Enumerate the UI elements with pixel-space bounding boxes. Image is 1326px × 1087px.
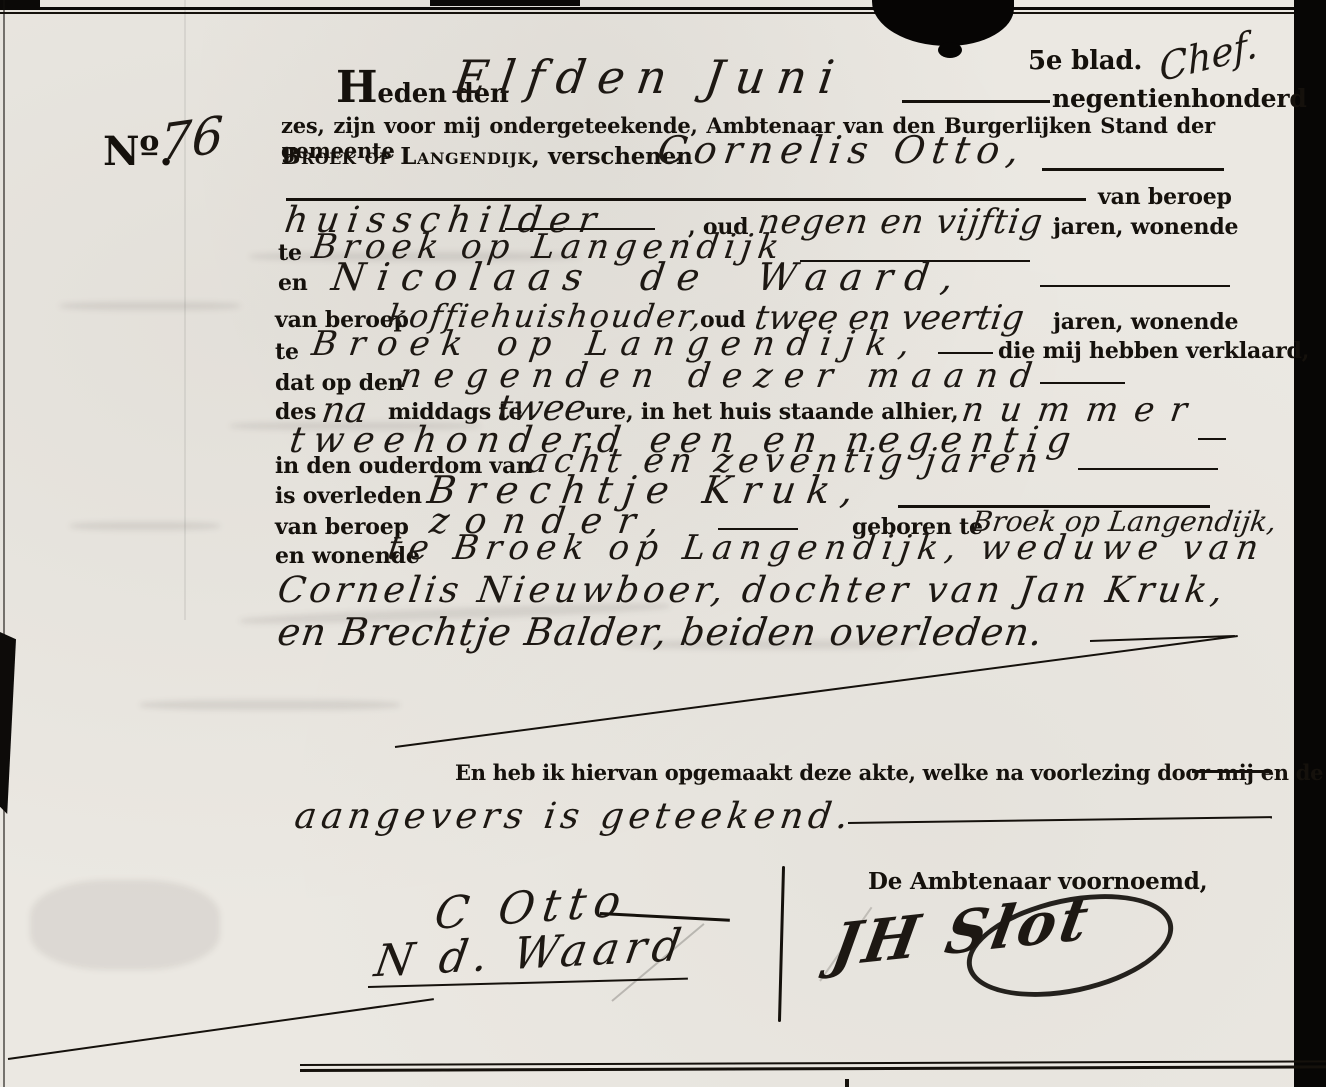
- signature-flourish-swoosh: [8, 998, 434, 1060]
- fill-rule: [1192, 770, 1272, 773]
- bleed-through-smudge: [30, 880, 220, 970]
- municipality-name: Broek op Langendijk,: [281, 143, 540, 170]
- ink-blot: [872, 0, 1014, 46]
- scan-edge-top-corner: [0, 0, 40, 7]
- page-number-label: 5e blad.: [1028, 46, 1142, 76]
- fill-rule: [938, 352, 993, 354]
- scan-edge-right-band: [1294, 0, 1326, 1087]
- printed-municipality-verschenen: Broek op Langendijk, verschenen: [281, 143, 693, 170]
- printed-jaren-wonende-1: jaren, wonende: [1053, 214, 1238, 240]
- scan-edge-top-rule: [0, 7, 1326, 10]
- scan-edge-left-line: [3, 0, 5, 1087]
- scanned-death-certificate: 5e blad. Chef. Nº. 76 Heden den Elfden J…: [0, 0, 1326, 1087]
- printed-te-1: te: [278, 240, 302, 266]
- handwritten-declarant1-name: Cornelis Otto,: [655, 128, 1029, 172]
- handwritten-spouse-father: Cornelis Nieuwboer, dochter van Jan Kruk…: [275, 570, 1229, 611]
- bottom-ink-tick: [845, 1079, 849, 1087]
- fill-rule: [902, 100, 1050, 103]
- printed-jaren-wonende-2: jaren, wonende: [1053, 309, 1238, 335]
- handwritten-death-day: negenden dezer maand: [397, 356, 1046, 396]
- scan-edge-top-rule2: [0, 12, 1300, 14]
- fill-rule: [848, 816, 1272, 824]
- fill-rule: [1198, 438, 1226, 440]
- handwritten-act-date: Elfden Juni: [451, 50, 849, 104]
- bleed-through-smudge: [70, 522, 220, 530]
- fill-rule: [1040, 382, 1125, 384]
- fill-rule: [1040, 285, 1230, 287]
- act-number-value: 76: [159, 105, 224, 173]
- printed-negentienhonderd: negentienhonderd: [1052, 84, 1307, 113]
- bottom-double-rule-2: [300, 1065, 1326, 1072]
- margin-annotation: Chef.: [1158, 22, 1259, 91]
- printed-en: en: [278, 270, 308, 296]
- fill-rule: [1078, 468, 1218, 470]
- handwritten-declarant2-name: Nicolaas de Waard,: [329, 255, 968, 299]
- signature-declarant2: N d. Waard: [371, 920, 690, 988]
- handwritten-declarant1-age: negen en vijftig: [755, 202, 1046, 242]
- printed-van-beroep-1: van beroep: [1098, 184, 1232, 210]
- scan-edge-top-sliver: [430, 0, 580, 6]
- handwritten-mother: en Brechtje Balder, beiden overleden.: [275, 610, 1046, 654]
- signature-divider-stroke: [778, 866, 785, 1022]
- printed-te-2: te: [275, 339, 299, 365]
- handwritten-deceased-residence: te Broek op Langendijk, weduwe van: [385, 528, 1268, 568]
- fill-rule: [1042, 168, 1224, 171]
- ink-blot-drip: [938, 42, 962, 58]
- bleed-through-smudge: [60, 302, 240, 310]
- bleed-through-smudge: [140, 700, 400, 710]
- handwritten-closing: aangevers is geteekend.: [292, 796, 856, 837]
- printed-is-overleden: is overleden: [275, 483, 422, 509]
- left-edge-ink-mark: [0, 632, 16, 814]
